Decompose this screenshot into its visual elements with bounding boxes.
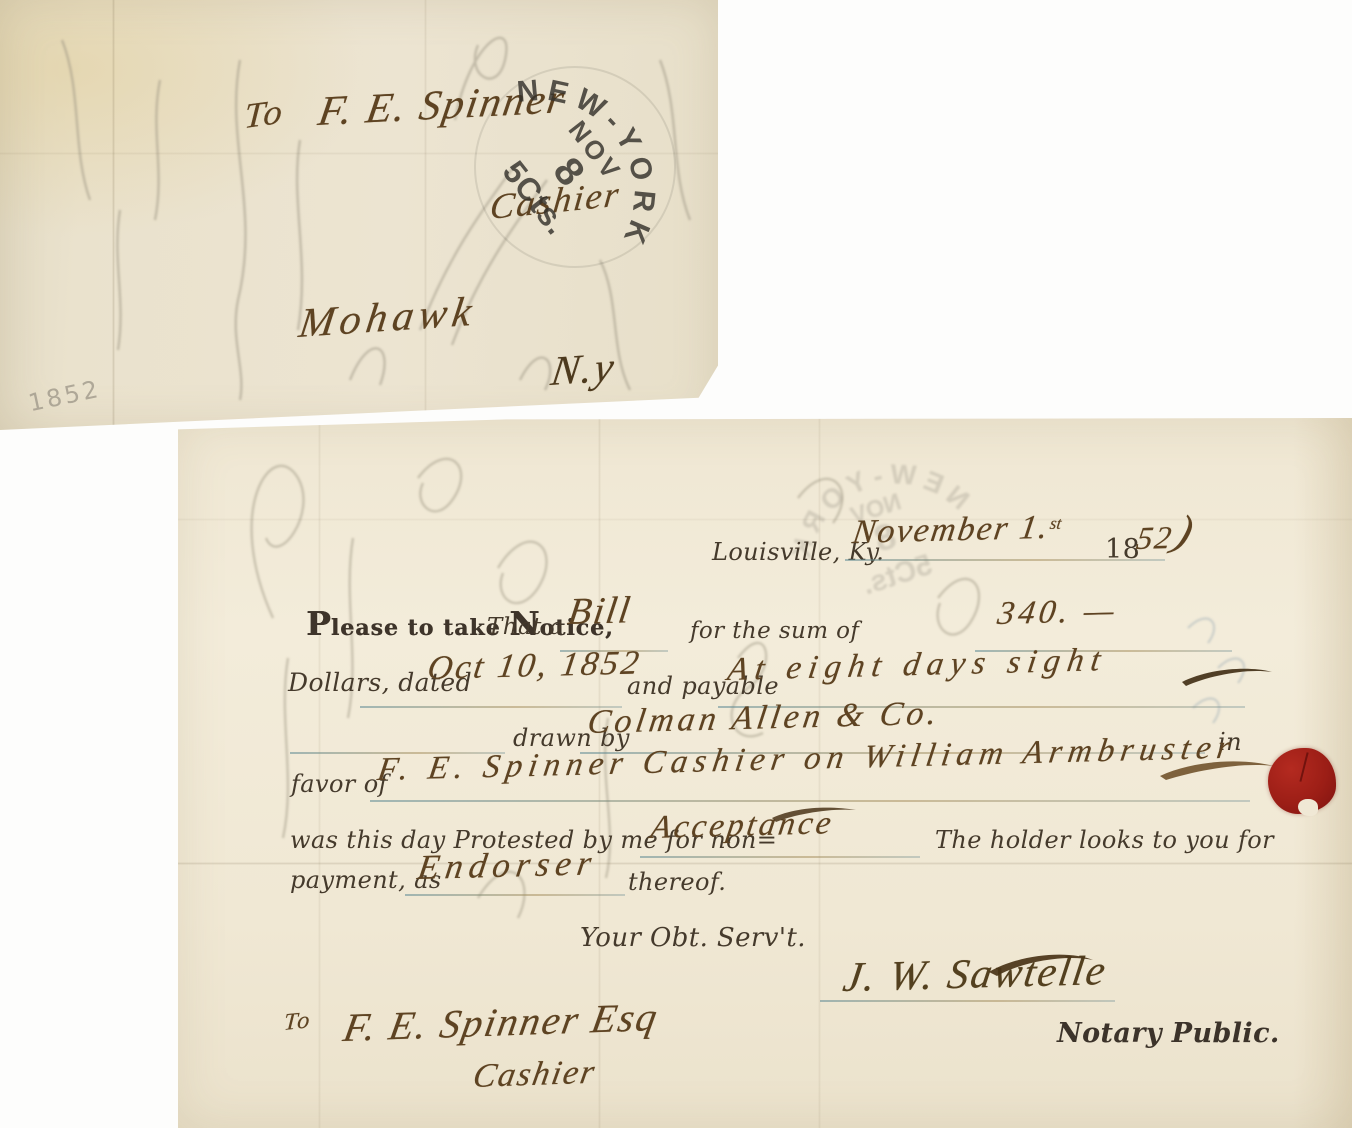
cover-fold-crease	[424, 0, 427, 430]
blank-rule	[360, 706, 622, 708]
addressee-title: Cashier	[470, 1054, 599, 1096]
pen-flourish-to-seal	[1158, 756, 1278, 784]
form-holder-clause: The holder looks to you for	[935, 826, 1274, 854]
addressee-to: To	[283, 1007, 312, 1037]
entry-bill-date: Oct 10, 1852	[425, 644, 644, 688]
ornate-initial-p: P	[306, 604, 331, 643]
notice-fold-crease	[178, 862, 1352, 865]
pen-flourish-after-term	[1180, 664, 1276, 688]
dateline-date: November 1.st	[850, 509, 1064, 552]
signature-rule	[820, 1000, 1115, 1002]
notice-fold-crease	[178, 518, 1352, 521]
signature-flourish	[985, 950, 1097, 976]
form-for-the-sum-of: for the sum of	[690, 618, 859, 644]
form-favor-of: favor of	[291, 770, 388, 798]
form-that-a: That a	[487, 614, 564, 640]
cover-address-state: N.y	[548, 344, 619, 396]
pen-flourish-after-cause	[770, 804, 860, 824]
dateline-date-text: November 1.	[850, 509, 1052, 551]
blank-rule	[370, 800, 1250, 802]
cover-fold-crease	[112, 0, 115, 430]
entry-amount: 340. —	[995, 593, 1120, 633]
cover-address-to: To	[243, 90, 285, 137]
blank-rule	[640, 856, 920, 858]
form-closing: Your Obt. Serv't.	[580, 923, 806, 953]
postal-cover: To F. E. Spinner Cashier Mohawk N.y NEW-…	[0, 0, 718, 430]
entry-endorser: Endorser	[415, 843, 600, 888]
entry-instrument: Bill	[565, 588, 635, 634]
blank-rule	[405, 894, 625, 896]
form-thereof: thereof.	[628, 868, 726, 896]
gothic-text: lease to take	[331, 615, 509, 641]
notary-public-title: Notary Public.	[1057, 1018, 1280, 1049]
red-wax-seal	[1268, 748, 1336, 814]
protest-notice: NEW-YORK NOV 8 5Cts. Louisville, Ky. Nov…	[178, 418, 1352, 1128]
scanned-documents: To F. E. Spinner Cashier Mohawk N.y NEW-…	[0, 0, 1352, 1128]
